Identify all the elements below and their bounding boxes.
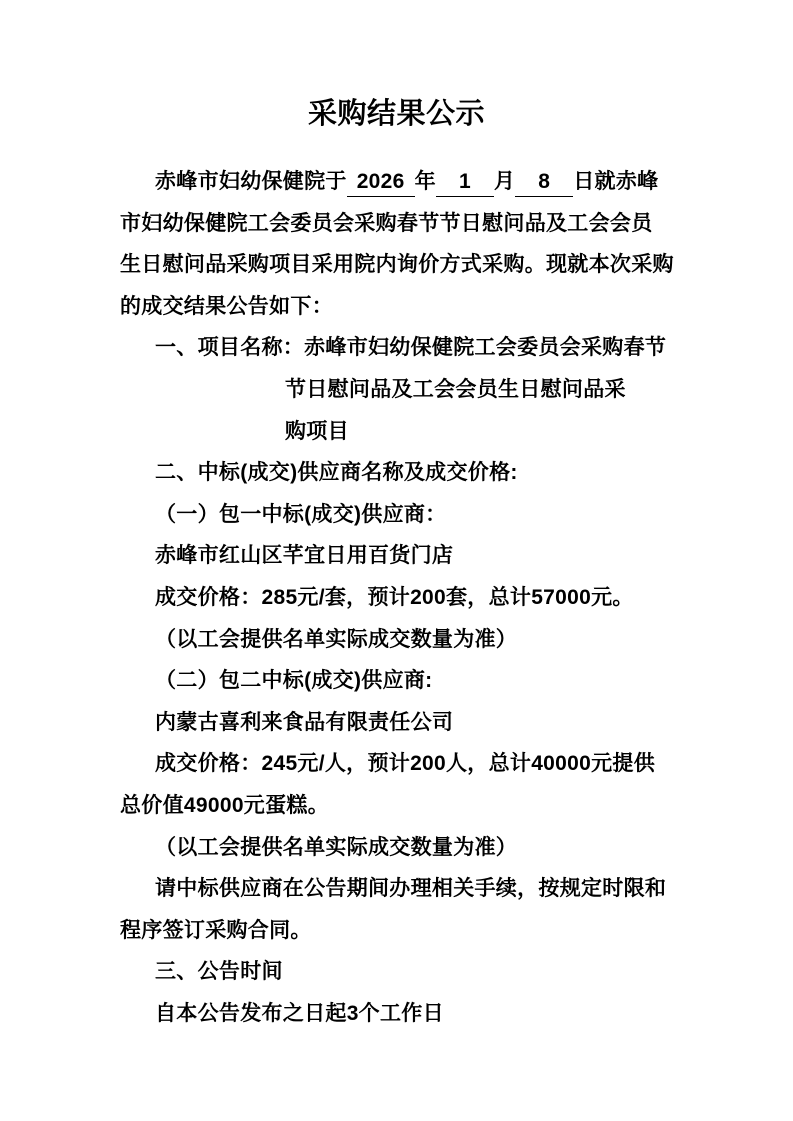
month-label: 月 [494, 170, 515, 193]
package-two-price: 成交价格：245元/人，预计200人，总计40000元提供 [120, 743, 673, 785]
document-title: 采购结果公示 [120, 94, 673, 134]
package-two-supplier: 内蒙古喜利来食品有限责任公司 [120, 702, 673, 744]
package-one-supplier: 赤峰市红山区芊宜日用百货门店 [120, 535, 673, 577]
day-value-underlined: 8 [515, 169, 573, 197]
section-heading-announcement-time: 三、公告时间 [120, 951, 673, 993]
document-line: 总价值49000元蛋糕。 [120, 785, 673, 827]
document-line: 请中标供应商在公告期间办理相关手续，按规定时限和 [120, 868, 673, 910]
announcement-duration: 自本公告发布之日起3个工作日 [120, 993, 673, 1035]
section-heading-project-name: 一、项目名称：赤峰市妇幼保健院工会委员会采购春节 [120, 327, 673, 369]
document-page: 采购结果公示 赤峰市妇幼保健院于2026年1月8日就赤峰 市妇幼保健院工会委员会… [0, 0, 793, 1121]
document-line: 节日慰问品及工会会员生日慰问品采 [120, 369, 673, 411]
intro-prefix: 赤峰市妇幼保健院于 [155, 170, 347, 193]
package-one-heading: （一）包一中标(成交)供应商： [120, 494, 673, 536]
year-value-underlined: 2026 [347, 169, 415, 197]
package-two-note: （以工会提供名单实际成交数量为准） [120, 827, 673, 869]
document-line: 购项目 [120, 411, 673, 453]
document-line: 程序签订采购合同。 [120, 910, 673, 952]
section-heading-winning-suppliers: 二、中标(成交)供应商名称及成交价格: [120, 452, 673, 494]
package-two-heading: （二）包二中标(成交)供应商: [120, 660, 673, 702]
package-one-price: 成交价格：285元/套，预计200套，总计57000元。 [120, 577, 673, 619]
year-label: 年 [415, 170, 436, 193]
package-one-note: （以工会提供名单实际成交数量为准） [120, 619, 673, 661]
document-body: 赤峰市妇幼保健院于2026年1月8日就赤峰 市妇幼保健院工会委员会采购春节节日慰… [120, 161, 673, 1034]
intro-suffix: 日就赤峰 [573, 170, 658, 193]
month-value-underlined: 1 [436, 169, 494, 197]
document-line: 市妇幼保健院工会委员会采购春节节日慰问品及工会会员 [120, 203, 673, 245]
document-line: 生日慰问品采购项目采用院内询价方式采购。现就本次采购 [120, 244, 673, 286]
document-line: 的成交结果公告如下： [120, 286, 673, 328]
intro-date-line: 赤峰市妇幼保健院于2026年1月8日就赤峰 [120, 161, 673, 203]
